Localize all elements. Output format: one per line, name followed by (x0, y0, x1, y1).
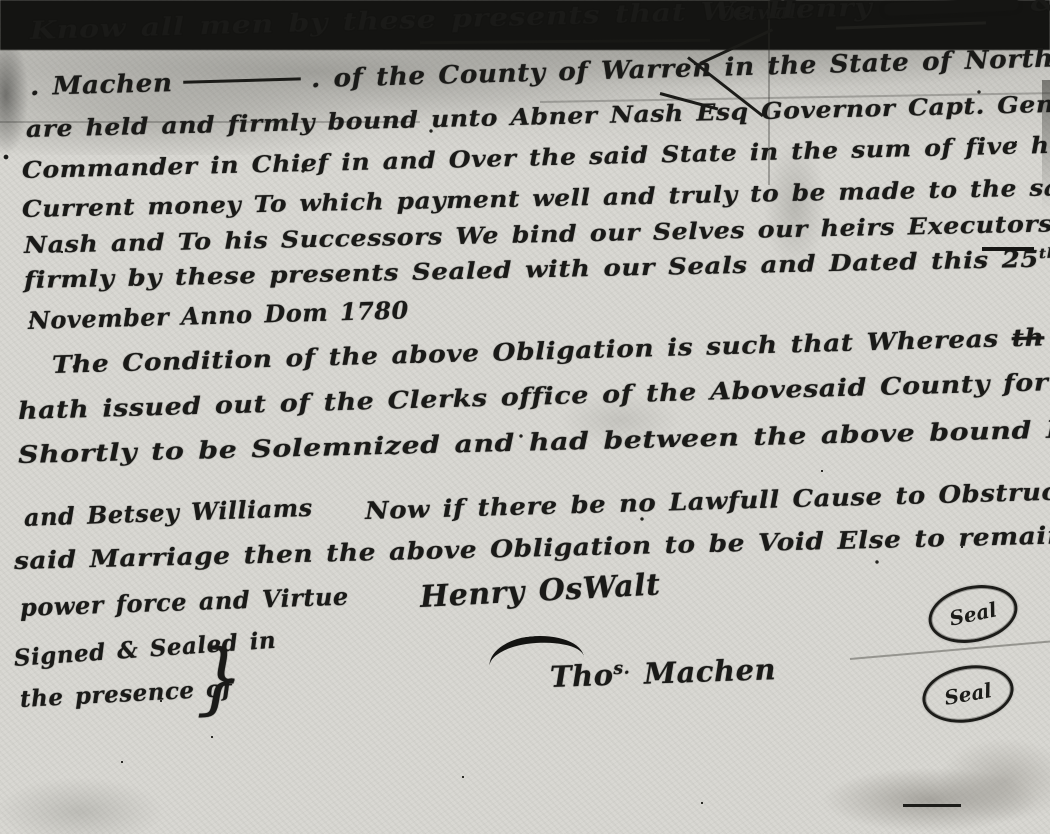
struck-out-name-blot (884, 0, 1019, 16)
struck-word: th (1011, 322, 1044, 352)
seal-text: Seal (947, 597, 999, 630)
seal-oval-1: Seal (923, 577, 1023, 650)
date-day: 25 (1001, 246, 1039, 274)
condition-text: The Condition of the above Obligation is… (52, 324, 1000, 379)
seal-text: Seal (942, 678, 993, 710)
bond-text-line-8-date: November Anno Dom 1780 (28, 295, 410, 335)
signature-henry-oswalt: Henry OsWalt (419, 567, 661, 615)
attestation-brace: } (196, 634, 244, 724)
line2-name: . Machen (30, 68, 173, 101)
marriage-bond-document-scan: Ostwalt Know all men by these presents t… (0, 0, 1050, 834)
seal-oval-2: Seal (918, 658, 1018, 729)
line1-text-after: & Thomas (1030, 0, 1050, 17)
signature-thomas-machen: Thos. Machen (549, 652, 776, 694)
condition-line-4-left: and Betsey Williams (23, 493, 313, 532)
condition-line-4-right: Now if there be no Lawfull Cause to Obst… (365, 475, 1050, 525)
date-day-suffix: th (1039, 246, 1050, 262)
bottom-right-mark (903, 804, 961, 807)
signature-surname: Machen (643, 652, 776, 691)
signature-abbrev-sup: s. (613, 659, 631, 680)
signature-abbrev: Tho (549, 658, 614, 694)
fold-crease-diagonal (850, 640, 1050, 660)
blank-dash-stroke (183, 78, 301, 84)
condition-line-6: power force and Virtue (19, 582, 349, 622)
